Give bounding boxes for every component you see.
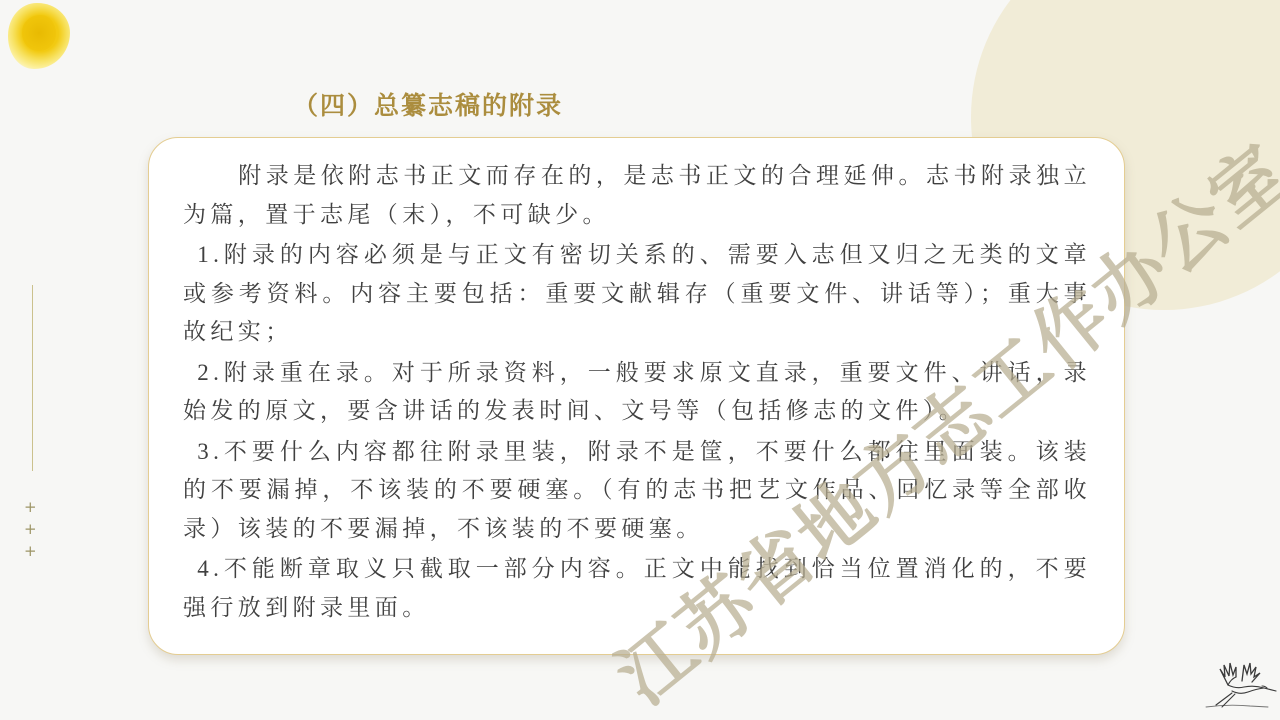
- paragraph-item-3: 3.不要什么内容都往附录里装，附录不是筐，不要什么都往里面装。该装的不要漏掉，不…: [183, 433, 1091, 549]
- paragraph-item-2: 2.附录重在录。对于所录资料，一般要求原文直录，重要文件、讲话，录始发的原文，要…: [183, 354, 1091, 431]
- paragraph-item-1: 1.附录的内容必须是与正文有密切关系的、需要入志但又归之无类的文章或参考资料。内…: [183, 236, 1091, 352]
- plus-icon: +: [24, 544, 37, 559]
- yellow-blob-core: [22, 15, 56, 51]
- paragraph-item-4: 4.不能断章取义只截取一部分内容。正文中能找到恰当位置消化的，不要强行放到附录里…: [183, 550, 1091, 627]
- slide-title: （四）总纂志稿的附录: [293, 86, 563, 122]
- plus-icon: +: [24, 522, 37, 537]
- left-accent-line: [32, 285, 33, 471]
- crane-bird-icon: [1198, 655, 1280, 717]
- plus-marks-column: + + +: [24, 500, 37, 559]
- yellow-blob-decor: [8, 3, 70, 69]
- paragraph-intro: 附录是依附志书正文而存在的，是志书正文的合理延伸。志书附录独立为篇，置于志尾（末…: [183, 157, 1091, 234]
- plus-icon: +: [24, 500, 37, 515]
- content-card: 附录是依附志书正文而存在的，是志书正文的合理延伸。志书附录独立为篇，置于志尾（末…: [148, 137, 1125, 655]
